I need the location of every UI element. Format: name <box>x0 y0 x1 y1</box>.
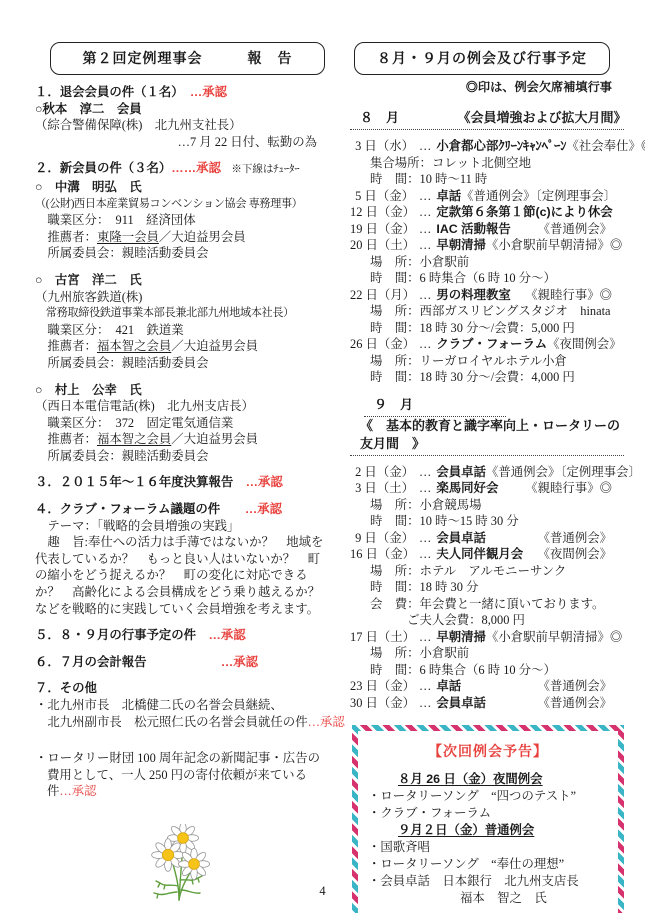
text-segment: （九州旅客鉄道(株) <box>35 290 142 304</box>
text-segment: 所属委員会：親睦活動委員会 <box>35 246 208 260</box>
schedule-event: 19 日（金）…IAC 活動報告《普通例会》 <box>350 221 624 238</box>
event-date: 2 日（金） <box>350 464 414 481</box>
event-title: 卓話 <box>436 188 461 205</box>
event-title: 会員卓話 <box>436 695 537 712</box>
schedule-event: 17 日（土）…早朝清掃《小倉駅前早朝清掃》◎ <box>350 629 624 646</box>
text-segment: 所属委員会：親睦活動委員会 <box>35 356 208 370</box>
event-separator: … <box>414 695 436 712</box>
board-report-column: 第２回定例理事会 報 告 １．退会会員の件（１名） …承認○秋本 淳二 会員（綜… <box>35 42 325 906</box>
event-date: 30 日（金） <box>350 695 414 712</box>
report-line: 所属委員会：親睦活動委員会 <box>35 355 325 372</box>
event-separator: … <box>414 221 436 238</box>
report-line: 推薦者：東隆一会員／大迫益男会員 <box>35 229 325 246</box>
text-segment: ……承認 <box>171 161 221 175</box>
report-line: ○ 村上 公幸 氏 <box>35 382 325 399</box>
text-segment: …承認 <box>308 715 345 729</box>
schedule-event: 9 日（金）…会員卓話《普通例会》 <box>350 530 624 547</box>
report-line: （(公財)西日本産業貿易コンベンション協会 専務理事） <box>35 196 325 213</box>
text-segment: 福本智之会員 <box>97 432 171 446</box>
event-date: 16 日（金） <box>350 546 414 563</box>
next-meeting-item: ・ロータリーソング “四つのテスト” <box>368 788 608 805</box>
next-meeting-item: ・国歌斉唱 <box>368 839 608 856</box>
event-separator: … <box>414 204 436 221</box>
event-category: 《夜間例会》 <box>547 336 621 353</box>
text-segment: 所属委員会：親睦活動委員会 <box>35 449 208 463</box>
event-category: 《普通例会》 <box>538 530 612 547</box>
event-detail: 会 費：年会費と一緒に頂いております。 <box>350 596 624 613</box>
text-segment: …承認 <box>245 502 282 516</box>
text-segment: ○秋本 淳二 会員 <box>35 102 142 116</box>
left-blocks: １．退会会員の件（１名） …承認○秋本 淳二 会員（綜合警備保障(株) 北九州支… <box>35 84 325 800</box>
text-segment: ３．２０１５年～１６年度決算報告 <box>35 475 246 489</box>
event-category: 《社会奉仕》◎ <box>567 138 645 155</box>
text-segment: 推薦者： <box>35 339 97 353</box>
report-line: 職業区分： 372 固定電気通信業 <box>35 415 325 432</box>
report-line: 北九州副市長 松元照仁氏の名誉会員就任の件…承認 <box>35 714 325 731</box>
event-separator: … <box>414 287 436 304</box>
next-meeting-item: ・ロータリーソング “奉仕の理想” <box>368 856 608 873</box>
event-title: 早朝清掃 <box>436 629 486 646</box>
event-detail: 場 所：ホテル アルモニーサンク <box>350 563 624 580</box>
text-segment: …承認 <box>221 655 258 669</box>
report-line: 所属委員会：親睦活動委員会 <box>35 245 325 262</box>
text-segment: ５．８・９月の行事予定の件 <box>35 628 208 642</box>
next-meeting-item: ・クラブ・フォーラム <box>368 805 608 822</box>
report-line: ３．２０１５年～１６年度決算報告 …承認 <box>35 474 325 491</box>
text-segment: ７．その他 <box>35 681 97 695</box>
text-segment: ２．新会員の件（３名） <box>35 161 171 175</box>
right-title-box: ８月・９月の例会及び行事予定 <box>354 42 610 75</box>
text-segment: ※下線はﾁｭｰﾀｰ <box>221 164 300 175</box>
event-date: 3 日（水） <box>350 138 414 155</box>
schedule-event: 30 日（金）…会員卓話《普通例会》 <box>350 695 624 712</box>
event-detail: ご夫人会費：8,000 円 <box>350 612 624 629</box>
event-date: 5 日（金） <box>350 188 414 205</box>
event-separator: … <box>414 546 436 563</box>
schedule-event: 12 日（金）…定款第６条第１節(c)により休会 <box>350 204 624 221</box>
months-container: ８ 月 《会員増強および拡大月間》3 日（水）…小倉都心部ｸﾘｰﾝｷｬﾝﾍﾟｰﾝ… <box>350 109 624 711</box>
event-category: 《夜間例会》 <box>538 546 612 563</box>
text-segment <box>147 655 221 669</box>
spacer <box>35 491 325 501</box>
event-title: 楽馬同好会 <box>436 480 525 497</box>
text-segment: ／大迫益男会員 <box>171 339 258 353</box>
schedule-event: 3 日（水）…小倉都心部ｸﾘｰﾝｷｬﾝﾍﾟｰﾝ《社会奉仕》◎ <box>350 138 624 155</box>
text-segment: 趣 旨:奉仕への活力は手薄ではないか？ 地域を代表しているか？ もっと良い人はい… <box>35 535 332 615</box>
report-line: ○秋本 淳二 会員 <box>35 101 325 118</box>
text-segment: ６．７月の会計報告 <box>35 655 147 669</box>
event-detail: 時 間：6 時集合（6 時 10 分～） <box>350 662 624 679</box>
event-separator: … <box>414 336 436 353</box>
newsletter-page: 第２回定例理事会 報 告 １．退会会員の件（１名） …承認○秋本 淳二 会員（綜… <box>0 0 645 913</box>
event-date: 3 日（土） <box>350 480 414 497</box>
schedule-event: 2 日（金）…会員卓話《普通例会》〔定例理事会〕 <box>350 464 624 481</box>
event-title: 男の料理教室 <box>436 287 525 304</box>
spacer <box>35 464 325 474</box>
text-segment: …7 月 22 日付、転勤の為 <box>178 135 317 149</box>
schedule-event: 22 日（月）…男の料理教室《親睦行事》◎ <box>350 287 624 304</box>
report-line: ・北九州市長 北橋健二氏の名誉会員継続、 <box>35 697 325 714</box>
event-category: 《普通例会》 <box>538 221 612 238</box>
report-line: 職業区分： 421 鉄道業 <box>35 322 325 339</box>
event-title: 会員卓話 <box>436 530 537 547</box>
month-header: ８ 月 《会員増強および拡大月間》 <box>350 109 624 130</box>
event-separator: … <box>414 678 436 695</box>
event-title: IAC 活動報告 <box>436 221 537 238</box>
event-detail: 時 間：18 時 30 分～/会費：4,000 円 <box>350 369 624 386</box>
schedule-event: 16 日（金）…夫人同伴観月会《夜間例会》 <box>350 546 624 563</box>
event-separator: … <box>414 480 436 497</box>
event-detail: 場 所：西部ガスリビングスタジオ hinata <box>350 303 624 320</box>
text-segment: …承認 <box>246 475 283 489</box>
text-segment: 福本智之会員 <box>97 339 171 353</box>
month-section: ８ 月 《会員増強および拡大月間》3 日（水）…小倉都心部ｸﾘｰﾝｷｬﾝﾍﾟｰﾝ… <box>350 109 624 386</box>
event-separator: … <box>414 188 436 205</box>
right-title: ８月・９月の例会及び行事予定 <box>377 50 587 66</box>
schedule-event: 5 日（金）…卓話《普通例会》〔定例理事会〕 <box>350 188 624 205</box>
event-date: 23 日（金） <box>350 678 414 695</box>
report-line: ４．クラブ・フォーラム議題の件 …承認 <box>35 501 325 518</box>
event-separator: … <box>414 138 436 155</box>
event-detail: 時 間：10 時～11 時 <box>350 171 624 188</box>
text-segment: ○ 村上 公幸 氏 <box>35 383 142 397</box>
schedule-event: 3 日（土）…楽馬同好会《親睦行事》◎ <box>350 480 624 497</box>
legend-note: ◎印は、例会欠席補填行事 <box>350 78 624 95</box>
report-line: ○ 古宮 洋二 氏 <box>35 272 325 289</box>
event-date: 17 日（土） <box>350 629 414 646</box>
next-meeting-item: ９月２日（金）普通例会 <box>398 822 608 839</box>
report-line: ２．新会員の件（３名）……承認 ※下線はﾁｭｰﾀｰ <box>35 160 325 179</box>
event-detail: 時 間：18 時 30 分 <box>350 579 624 596</box>
event-separator: … <box>414 237 436 254</box>
spacer <box>35 670 325 680</box>
event-date: 22 日（月） <box>350 287 414 304</box>
month-header: ９ 月 <box>364 396 506 417</box>
event-detail: 場 所：リーガロイヤルホテル小倉 <box>350 353 624 370</box>
report-line: ・ロータリー財団 100 周年記念の新聞記事・広告の費用として、一人 250 円… <box>35 750 325 800</box>
event-title: クラブ・フォーラム <box>436 336 547 353</box>
event-title: 夫人同伴観月会 <box>436 546 537 563</box>
spacer <box>35 372 325 382</box>
text-segment: …承認 <box>208 628 245 642</box>
event-detail: 場 所：小倉駅前 <box>350 645 624 662</box>
next-meeting-title: 【次回例会予告】 <box>368 741 608 761</box>
text-segment: １．退会会員の件（１名） <box>35 85 190 99</box>
event-title: 小倉都心部ｸﾘｰﾝｷｬﾝﾍﾟｰﾝ <box>436 138 566 155</box>
text-segment: …承認 <box>190 85 227 99</box>
report-line: 推薦者：福本智之会員／大迫益男会員 <box>35 338 325 355</box>
event-date: 12 日（金） <box>350 204 414 221</box>
event-detail: 集合場所：コレット北側空地 <box>350 155 624 172</box>
event-category: 《小倉駅前早朝清掃》◎ <box>486 629 622 646</box>
event-detail: 時 間：6 時集合（6 時 10 分～） <box>350 270 624 287</box>
spacer <box>35 617 325 627</box>
report-line: ７．その他 <box>35 680 325 697</box>
event-title: 早朝清掃 <box>436 237 486 254</box>
text-segment: …承認 <box>59 784 96 798</box>
month-header: 《 基本的教育と識字率向上・ロータリーの友月間 》 <box>350 417 624 456</box>
event-category: 《普通例会》 <box>538 695 612 712</box>
event-date: 19 日（金） <box>350 221 414 238</box>
spacer <box>35 150 325 160</box>
text-segment: （西日本電信電話(株) 北九州支店長） <box>35 399 254 413</box>
event-detail: 場 所：小倉駅前 <box>350 254 624 271</box>
text-segment: ／大迫益男会員 <box>171 432 258 446</box>
left-title-box: 第２回定例理事会 報 告 <box>50 42 325 75</box>
text-segment: 職業区分： 911 経済団体 <box>35 213 196 227</box>
event-category: 《親睦行事》◎ <box>525 287 612 304</box>
report-line: （九州旅客鉄道(株) <box>35 289 325 306</box>
text-segment: テーマ：「戦略的会員増強の実践」 <box>35 519 239 533</box>
text-segment: ４．クラブ・フォーラム議題の件 <box>35 502 245 516</box>
report-line: （綜合警備保障(株) 北九州支社長） <box>35 117 325 134</box>
report-line: 所属委員会：親睦活動委員会 <box>35 448 325 465</box>
report-line: ６．７月の会計報告 …承認 <box>35 654 325 671</box>
report-line: テーマ：「戦略的会員増強の実践」 <box>35 518 325 535</box>
text-segment: ○ 中溝 明弘 氏 <box>35 180 142 194</box>
event-detail: 時 間：10 時～15 時 30 分 <box>350 513 624 530</box>
page-number: 4 <box>0 884 645 899</box>
text-segment: ・北九州市長 北橋健二氏の名誉会員継続、 <box>35 698 283 712</box>
schedule-column: ８月・９月の例会及び行事予定 ◎印は、例会欠席補填行事 ８ 月 《会員増強および… <box>350 42 624 913</box>
spacer <box>35 262 325 272</box>
report-line: ○ 中溝 明弘 氏 <box>35 179 325 196</box>
report-line: ５．８・９月の行事予定の件 …承認 <box>35 627 325 644</box>
event-category: 《小倉駅前早朝清掃》◎ <box>486 237 622 254</box>
text-segment: 東隆一会員 <box>97 230 159 244</box>
event-category: 《普通例会》 <box>538 678 612 695</box>
left-title: 第２回定例理事会 報 告 <box>83 50 293 66</box>
report-line: （西日本電信電話(株) 北九州支店長） <box>35 398 325 415</box>
next-meeting-item: ８月 26 日（金）夜間例会 <box>398 771 608 788</box>
event-title: 卓話 <box>436 678 537 695</box>
schedule-event: 26 日（金）…クラブ・フォーラム《夜間例会》 <box>350 336 624 353</box>
event-date: 9 日（金） <box>350 530 414 547</box>
text-segment: 職業区分： 421 鉄道業 <box>35 323 184 337</box>
event-date: 20 日（土） <box>350 237 414 254</box>
report-line: 推薦者：福本智之会員／大迫益男会員 <box>35 431 325 448</box>
text-segment: 推薦者： <box>35 432 97 446</box>
event-category: 《親睦行事》◎ <box>525 480 612 497</box>
text-segment: ／大迫益男会員 <box>159 230 246 244</box>
event-separator: … <box>414 530 436 547</box>
text-segment: 常務取締役鉄道事業本部長兼北部九州地域本社長） <box>35 307 294 319</box>
spacer <box>35 644 325 654</box>
schedule-event: 23 日（金）…卓話《普通例会》 <box>350 678 624 695</box>
report-line: 趣 旨:奉仕への活力は手薄ではないか？ 地域を代表しているか？ もっと良い人はい… <box>35 534 325 617</box>
event-separator: … <box>414 629 436 646</box>
event-title: 定款第６条第１節(c)により休会 <box>436 204 612 221</box>
event-detail: 場 所：小倉競馬場 <box>350 497 624 514</box>
text-segment: （綜合警備保障(株) 北九州支社長） <box>35 118 242 132</box>
event-category: 《普通例会》〔定例理事会〕 <box>461 188 616 205</box>
text-segment: ○ 古宮 洋二 氏 <box>35 273 142 287</box>
schedule-event: 20 日（土）…早朝清掃《小倉駅前早朝清掃》◎ <box>350 237 624 254</box>
month-section: ９ 月《 基本的教育と識字率向上・ロータリーの友月間 》2 日（金）…会員卓話《… <box>350 396 624 712</box>
event-separator: … <box>414 464 436 481</box>
text-segment: （(公財)西日本産業貿易コンベンション協会 専務理事） <box>35 198 302 210</box>
text-segment: 職業区分： 372 固定電気通信業 <box>35 416 233 430</box>
text-segment: 推薦者： <box>35 230 97 244</box>
report-line: １．退会会員の件（１名） …承認 <box>35 84 325 101</box>
event-date: 26 日（金） <box>350 336 414 353</box>
event-detail: 時 間：18 時 30 分～/会費：5,000 円 <box>350 320 624 337</box>
report-line: …7 月 22 日付、転勤の為 <box>35 134 325 151</box>
report-line: 職業区分： 911 経済団体 <box>35 212 325 229</box>
report-line: 常務取締役鉄道事業本部長兼北部九州地域本社長） <box>35 305 325 322</box>
event-title: 会員卓話 <box>436 464 486 481</box>
spacer <box>35 730 325 750</box>
text-segment: 北九州副市長 松元照仁氏の名誉会員就任の件 <box>35 715 308 729</box>
event-category: 《普通例会》〔定例理事会〕 <box>486 464 641 481</box>
